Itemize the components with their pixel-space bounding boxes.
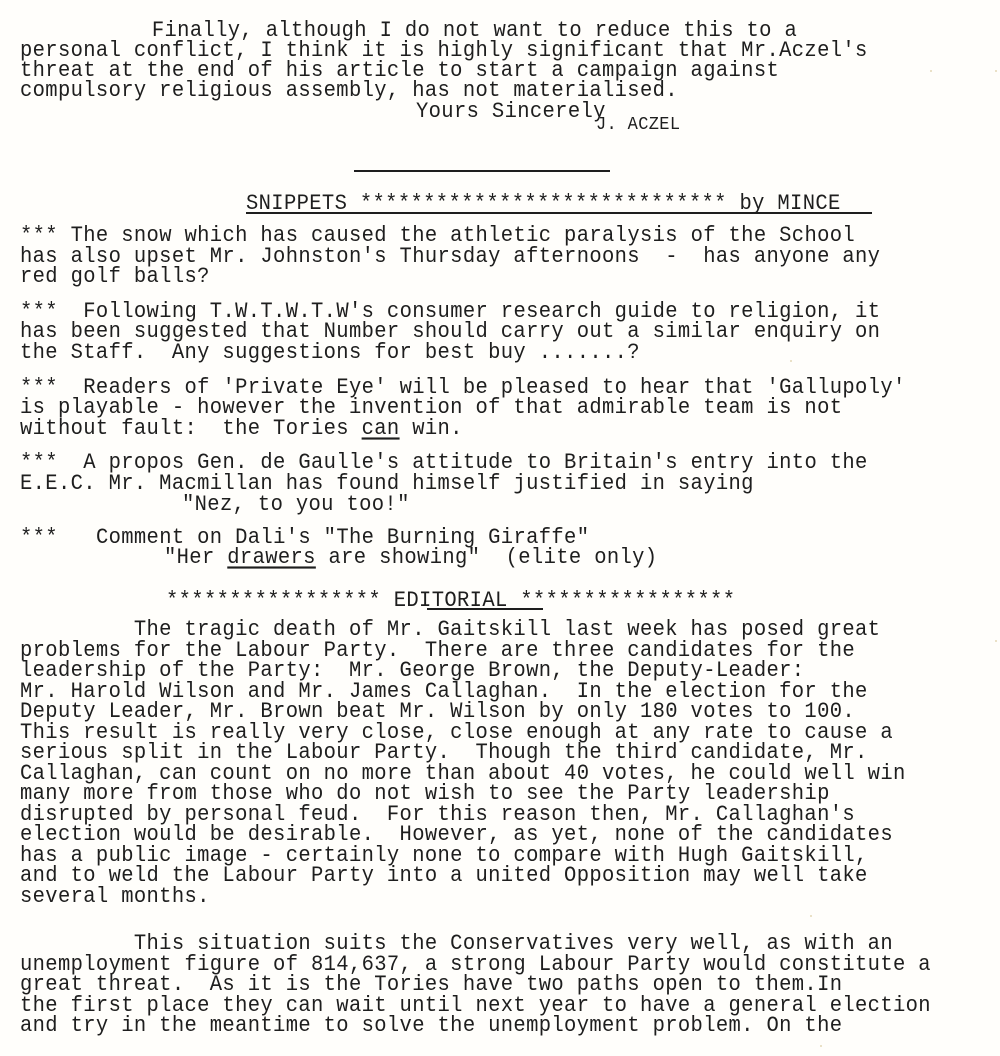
snippet-line: red golf balls? — [20, 266, 210, 290]
paper-speck — [995, 640, 997, 642]
snippets-underline — [246, 212, 872, 214]
paper-speck — [930, 70, 932, 72]
emphasis-drawers: drawers — [227, 546, 316, 571]
snippet-quote: "Nez, to you too!" — [182, 494, 410, 518]
snippet-quote: "Her drawers are showing" (elite only) — [164, 547, 657, 571]
editorial-stars-right: ***************** — [520, 589, 735, 614]
paper-speck — [820, 1045, 822, 1047]
paper-speck — [790, 360, 792, 362]
editorial-underline — [427, 608, 543, 610]
snippet-line: without fault: the Tories can win. — [20, 418, 463, 442]
letter-closing: Yours Sincerely — [416, 101, 606, 125]
paper-speck — [810, 915, 812, 917]
editorial-heading: EDITORIAL — [394, 589, 508, 614]
editorial-stars-left: ***************** — [166, 589, 381, 614]
section-divider — [354, 170, 610, 172]
editorial-line: and try in the meantime to solve the une… — [20, 1015, 842, 1039]
snippet-line: the Staff. Any suggestions for best buy … — [20, 342, 640, 366]
paper-speck — [995, 70, 997, 72]
snippet-bullet: *** — [20, 526, 58, 551]
letter-signature: J. ACZEL — [596, 114, 680, 138]
editorial-line: several months. — [20, 886, 210, 910]
typewritten-page: Finally, although I do not want to reduc… — [0, 0, 1000, 1056]
emphasis-can: can — [362, 417, 400, 442]
editorial-heading-line: ***************** EDITORIAL ************… — [166, 590, 735, 614]
